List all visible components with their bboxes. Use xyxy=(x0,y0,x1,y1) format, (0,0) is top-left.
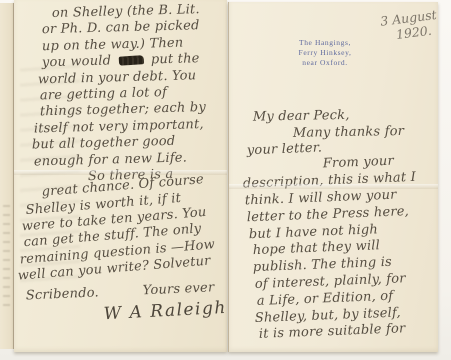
letter-scan: on Shelley (the B. Lit.or Ph. D. can be … xyxy=(0,0,451,360)
letterhead-line: near Oxford. xyxy=(269,58,381,68)
left-page-handwriting: on Shelley (the B. Lit.or Ph. D. can be … xyxy=(14,0,227,327)
letter-date: 3 August 1920. xyxy=(379,6,444,43)
underlying-page-edge xyxy=(0,3,14,349)
right-page-handwriting: My dear Peck,Many thanks foryour letter.… xyxy=(229,110,438,345)
valediction: Yours ever xyxy=(142,280,214,298)
letter-page-right: The Hangings, Ferry Hinksey, near Oxford… xyxy=(228,2,438,352)
letterhead-line: Ferry Hinksey, xyxy=(269,48,381,58)
scribbled-out-word xyxy=(118,55,144,66)
letterhead-line: The Hangings, xyxy=(269,38,381,48)
printed-letterhead: The Hangings, Ferry Hinksey, near Oxford… xyxy=(269,38,381,67)
letter-page-left: on Shelley (the B. Lit.or Ph. D. can be … xyxy=(14,0,227,352)
